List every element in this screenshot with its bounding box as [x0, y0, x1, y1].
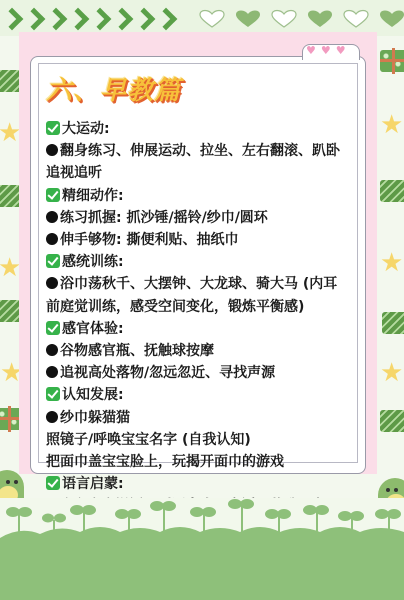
- bullet-item: 追视高处落物/忽远忽近、寻找声源: [46, 362, 358, 384]
- sprout-ground-decoration: [0, 498, 404, 600]
- section-heading: 感官体验:: [46, 318, 358, 340]
- black-circle-icon: [46, 233, 58, 245]
- section-heading: 精细动作:: [46, 185, 358, 207]
- line-text: 追视高处落物/忽远忽近、寻找声源: [60, 365, 275, 381]
- chevron-right-icon: [90, 10, 110, 28]
- star-icon: ★: [380, 360, 404, 390]
- line-text: 伸手够物: 撕便利贴、抽纸巾: [60, 232, 238, 248]
- heart-icon: ♥: [306, 45, 316, 57]
- line-text: 纱巾躲猫猫: [60, 410, 130, 426]
- text-line: 追视追听: [46, 162, 358, 184]
- heart-outline-icon: [270, 10, 298, 28]
- bullet-item: 纱巾躲猫猫: [46, 407, 358, 429]
- heart-outline-icon: [342, 10, 370, 28]
- section-heading-text: 语言启蒙:: [62, 476, 124, 492]
- section-heading-text: 大运动:: [62, 121, 110, 137]
- bullet-item: 伸手够物: 撕便利贴、抽纸巾: [46, 229, 358, 251]
- gift-box-icon: [382, 312, 404, 342]
- section-heading-text: 感官体验:: [62, 321, 124, 337]
- text-line: 前庭觉训练，感受空间变化，锻炼平衡感): [46, 296, 358, 318]
- line-text: 照镜子/呼唤宝宝名字 (自我认知): [46, 432, 251, 448]
- chevron-right-icon: [156, 10, 176, 28]
- section-heading: 大运动:: [46, 118, 358, 140]
- chevron-decoration: [2, 10, 176, 28]
- black-circle-icon: [46, 277, 58, 289]
- heart-outline-icon: [198, 10, 226, 28]
- line-text: 追视追听: [46, 165, 102, 181]
- line-text: 谷物感官瓶、抚触球按摩: [60, 343, 214, 359]
- content-list: 大运动:翻身练习、伸展运动、拉坐、左右翻滚、趴卧追视追听精细动作:练习抓握: 抓…: [46, 118, 358, 562]
- heart-icon: ♥: [321, 45, 331, 57]
- chevron-right-icon: [134, 10, 154, 28]
- chevron-right-icon: [46, 10, 66, 28]
- chevron-right-icon: [2, 10, 22, 28]
- black-circle-icon: [46, 366, 58, 378]
- bullet-item: 谷物感官瓶、抚触球按摩: [46, 340, 358, 362]
- star-icon: ★: [380, 112, 404, 142]
- black-circle-icon: [46, 411, 58, 423]
- black-circle-icon: [46, 144, 58, 156]
- line-text: 翻身练习、伸展运动、拉坐、左右翻滚、趴卧: [60, 143, 340, 159]
- tab-hearts: ♥ ♥ ♥: [306, 45, 346, 57]
- line-text: 练习抓握: 抓沙锤/摇铃/纱巾/圆环: [60, 210, 268, 226]
- check-mark-button-icon: [46, 321, 60, 335]
- gift-box-icon: [380, 50, 404, 80]
- check-mark-button-icon: [46, 387, 60, 401]
- bullet-item: 浴巾荡秋千、大摆钟、大龙球、骑大马 (内耳: [46, 273, 358, 295]
- heart-decoration: [198, 10, 404, 28]
- star-icon: ★: [380, 250, 404, 280]
- black-circle-icon: [46, 344, 58, 356]
- section-heading-text: 精细动作:: [62, 188, 124, 204]
- bullet-item: 练习抓握: 抓沙锤/摇铃/纱巾/圆环: [46, 207, 358, 229]
- bullet-item: 翻身练习、伸展运动、拉坐、左右翻滚、趴卧: [46, 140, 358, 162]
- check-mark-button-icon: [46, 121, 60, 135]
- section-heading: 感统训练:: [46, 251, 358, 273]
- line-text: 浴巾荡秋千、大摆钟、大龙球、骑大马 (内耳: [60, 276, 337, 292]
- chevron-right-icon: [24, 10, 44, 28]
- chevron-right-icon: [112, 10, 132, 28]
- heart-filled-icon: [306, 10, 334, 28]
- chevron-right-icon: [68, 10, 88, 28]
- line-text: 前庭觉训练，感受空间变化，锻炼平衡感): [46, 299, 304, 315]
- check-mark-button-icon: [46, 254, 60, 268]
- black-circle-icon: [46, 211, 58, 223]
- section-heading: 语言启蒙:: [46, 473, 358, 495]
- gift-box-icon: [380, 410, 404, 440]
- heart-filled-icon: [234, 10, 262, 28]
- section-heading: 认知发展:: [46, 384, 358, 406]
- check-mark-button-icon: [46, 188, 60, 202]
- section-heading-text: 感统训练:: [62, 254, 124, 270]
- text-line: 照镜子/呼唤宝宝名字 (自我认知): [46, 429, 358, 451]
- page-title: 六、早教篇: [46, 70, 181, 107]
- section-heading-text: 认知发展:: [62, 387, 124, 403]
- text-line: 把面巾盖宝宝脸上，玩揭开面巾的游戏: [46, 451, 358, 473]
- heart-filled-icon: [378, 10, 404, 28]
- gift-box-icon: [380, 180, 404, 210]
- check-mark-button-icon: [46, 476, 60, 490]
- line-text: 把面巾盖宝宝脸上，玩揭开面巾的游戏: [46, 454, 284, 470]
- heart-icon: ♥: [336, 45, 346, 57]
